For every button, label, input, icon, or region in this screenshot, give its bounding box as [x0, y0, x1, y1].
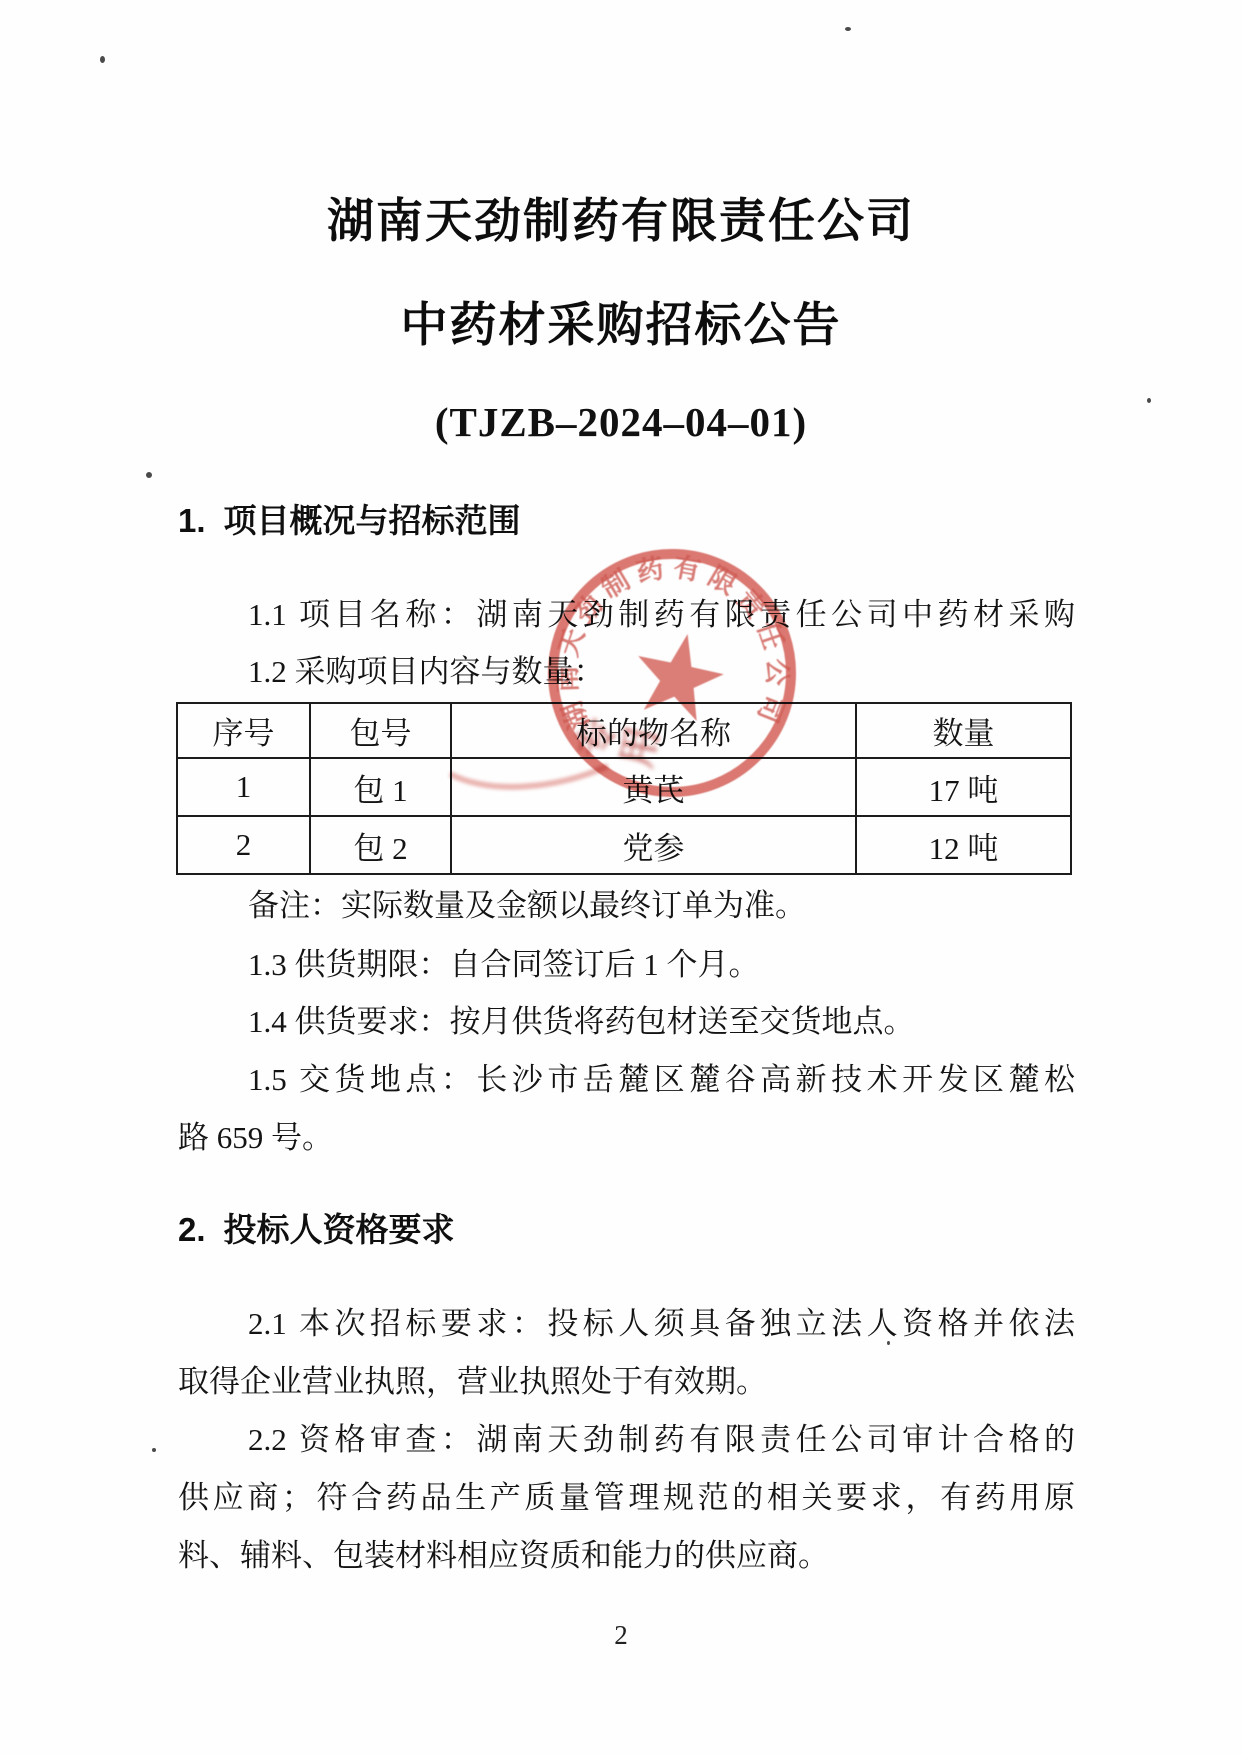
scan-speck [100, 56, 105, 63]
para-1-5-line2: 路 659 号。 [178, 1116, 333, 1160]
section2-number: 2. [178, 1208, 206, 1252]
scan-speck [152, 1448, 156, 1452]
cell-pkg: 包 1 [310, 758, 451, 816]
section1-heading: 1.项目概况与招标范围 [178, 499, 521, 543]
cell-pkg: 包 2 [310, 816, 451, 874]
doc-number: (TJZB–2024–04–01) [0, 397, 1242, 447]
para-1-4: 1.4 供货要求：按月供货将药包材送至交货地点。 [248, 1000, 915, 1044]
para-2-2-line1: 2.2 资格审查：湖南天劲制药有限责任公司审计合格的 [248, 1418, 1075, 1462]
cell-seq: 2 [177, 816, 310, 874]
para-1-5-line1: 1.5 交货地点：长沙市岳麓区麓谷高新技术开发区麓松 [248, 1058, 1075, 1102]
col-header-seq: 序号 [177, 703, 310, 758]
scan-speck [845, 27, 851, 31]
cell-seq: 1 [177, 758, 310, 816]
scan-speck [146, 472, 152, 478]
cell-name: 党参 [451, 816, 856, 874]
section1-heading-text: 项目概况与招标范围 [224, 502, 521, 539]
cell-qty: 12 吨 [856, 816, 1071, 874]
table-row: 2 包 2 党参 12 吨 [177, 816, 1071, 874]
para-note: 备注：实际数量及金额以最终订单为准。 [248, 884, 806, 928]
col-header-qty: 数量 [856, 703, 1071, 758]
para-2-2-line3: 料、辅料、包装材料相应资质和能力的供应商。 [178, 1534, 829, 1578]
section2-heading-text: 投标人资格要求 [224, 1211, 455, 1248]
document-page: 湖南天劲制药有限责任公司 中药材采购招标公告 (TJZB–2024–04–01)… [0, 0, 1242, 1755]
page-number: 2 [0, 1617, 1242, 1653]
section2-heading: 2.投标人资格要求 [178, 1208, 455, 1252]
para-2-2-line2: 供应商；符合药品生产质量管理规范的相关要求，有药用原 [178, 1476, 1075, 1520]
scan-speck [887, 1341, 890, 1345]
para-2-1-line2: 取得企业营业执照，营业执照处于有效期。 [178, 1360, 767, 1404]
cell-qty: 17 吨 [856, 758, 1071, 816]
col-header-pkg: 包号 [310, 703, 451, 758]
section1-number: 1. [178, 499, 206, 543]
scan-speck [1147, 398, 1151, 403]
para-1-3: 1.3 供货期限：自合同签订后 1 个月。 [248, 943, 760, 987]
seal-ink-smear [444, 752, 614, 808]
doc-title-line2: 中药材采购招标公告 [0, 296, 1242, 356]
doc-title-line1: 湖南天劲制药有限责任公司 [0, 192, 1242, 252]
para-2-1-line1: 2.1 本次招标要求：投标人须具备独立法人资格并依法 [248, 1302, 1075, 1346]
